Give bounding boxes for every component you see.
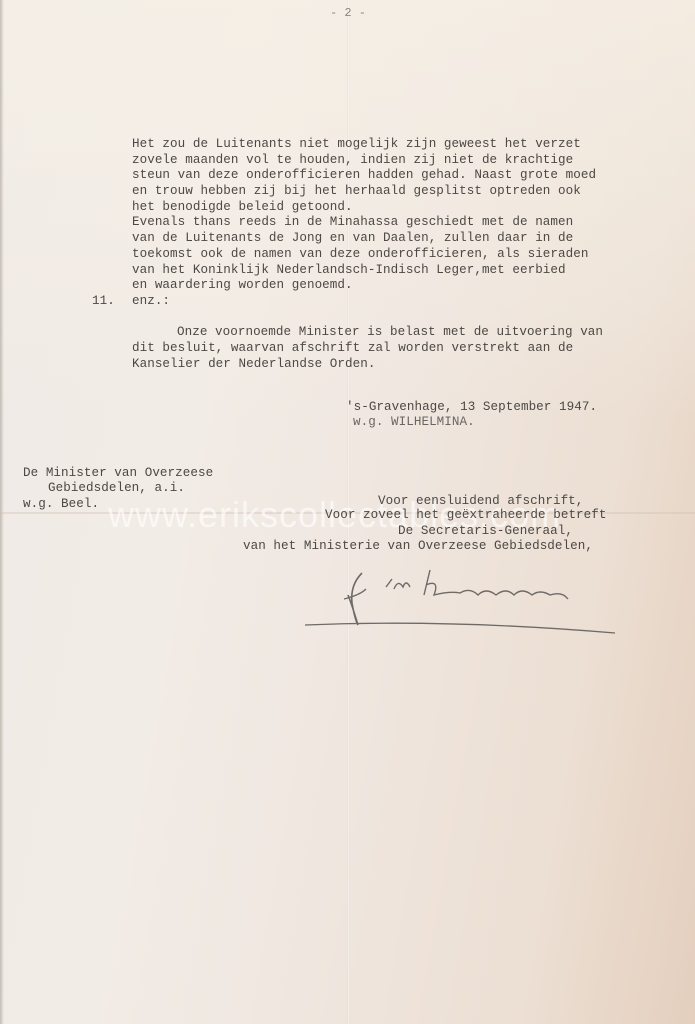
text-line: steun van deze onderofficieren hadden ge… [132,168,596,184]
text-line: Evenals thans reeds in de Minahassa gesc… [132,215,573,231]
certification-line-4: van het Ministerie van Overzeese Gebieds… [243,539,593,555]
text-line: het benodigde beleid getoond. [132,200,353,216]
certification-line-3: De Secretaris-Generaal, [398,524,573,540]
text-line: en waardering worden genoemd. [132,278,353,294]
text-line: Het zou de Luitenants niet mogelijk zijn… [132,137,581,153]
text-line: en trouw hebben zij bij het herhaald ges… [132,184,581,200]
handwritten-signature [300,565,630,645]
text-line: Kanselier der Nederlandse Orden. [132,357,375,373]
item-number: 11. [92,294,115,310]
text-line: dit besluit, waarvan afschrift zal worde… [132,341,573,357]
minister-signed: w.g. Beel. [23,497,99,513]
page-number: - 2 - [330,6,366,20]
text-line: toekomst ook de namen van deze onderoffi… [132,247,588,263]
text-line: van de Luitenants de Jong en van Daalen,… [132,231,573,247]
place-date: 's-Gravenhage, 13 September 1947. [346,400,597,416]
text-line: Onze voornoemde Minister is belast met d… [177,325,603,341]
text-line: zovele maanden vol te houden, indien zij… [132,153,573,169]
minister-title: De Minister van Overzeese [23,466,213,482]
item-text: enz.: [132,294,170,310]
text-line: van het Koninklijk Nederlandsch-Indisch … [132,263,566,279]
royal-signature: w.g. WILHELMINA. [353,415,475,431]
certification-line-2: Voor zoveel het geëxtraheerde betreft [325,508,606,524]
